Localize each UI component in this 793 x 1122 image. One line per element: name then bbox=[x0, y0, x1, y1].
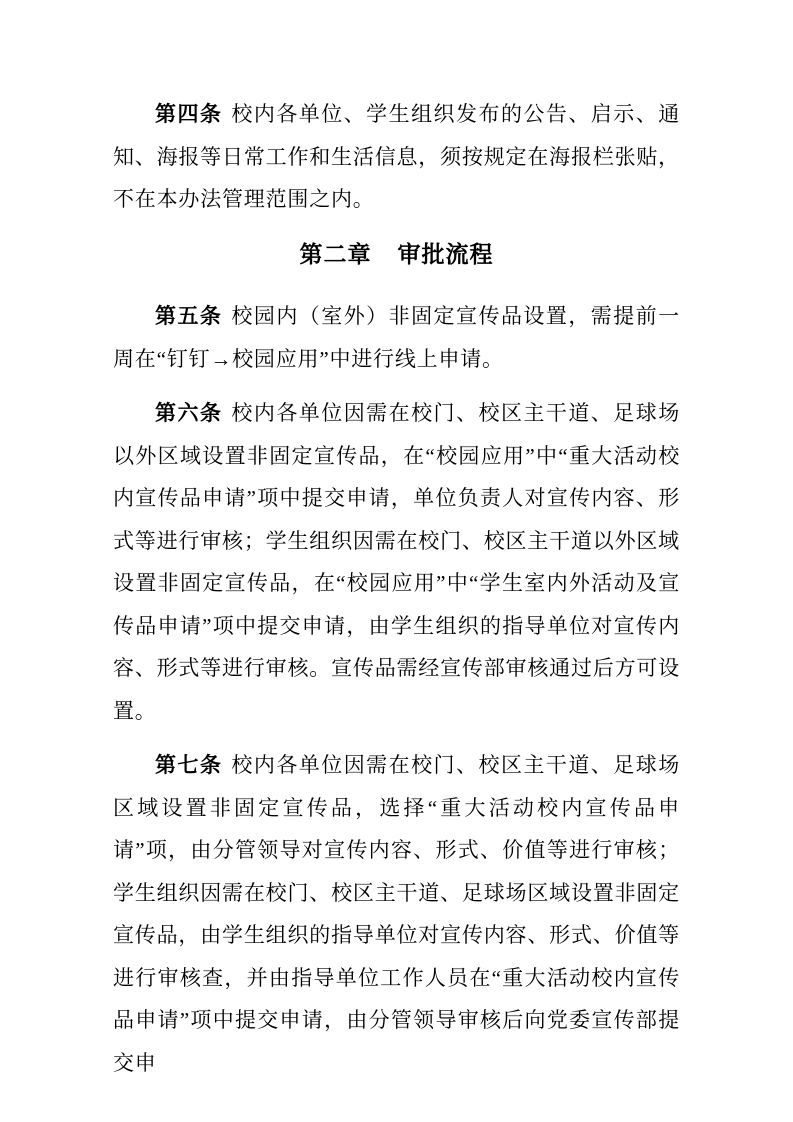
article-text: 校内各单位因需在校门、校区主干道、足球场以外区域设置非固定宣传品，在“校园应用”… bbox=[113, 401, 680, 723]
article-paragraph: 第七条校内各单位因需在校门、校区主干道、足球场区域设置非固定宣传品，选择“重大活… bbox=[113, 744, 680, 1084]
chapter-heading: 第二章审批流程 bbox=[113, 233, 680, 276]
chapter-title: 审批流程 bbox=[398, 241, 494, 267]
document-page: 第四条校内各单位、学生组织发布的公告、启示、通知、海报等日常工作和生活信息，须按… bbox=[0, 0, 793, 1122]
article-number-label: 第七条 bbox=[155, 753, 222, 777]
article-paragraph: 第五条校园内（室外）非固定宣传品设置，需提前一周在“钉钉→校园应用”中进行线上申… bbox=[113, 295, 680, 380]
article-number-label: 第四条 bbox=[155, 102, 222, 126]
article-paragraph: 第四条校内各单位、学生组织发布的公告、启示、通知、海报等日常工作和生活信息，须按… bbox=[113, 93, 680, 221]
chapter-number: 第二章 bbox=[300, 241, 372, 267]
article-text: 校内各单位因需在校门、校区主干道、足球场区域设置非固定宣传品，选择“重大活动校内… bbox=[113, 753, 680, 1075]
article-number-label: 第五条 bbox=[155, 304, 222, 328]
article-paragraph: 第六条校内各单位因需在校门、校区主干道、足球场以外区域设置非固定宣传品，在“校园… bbox=[113, 392, 680, 732]
article-number-label: 第六条 bbox=[155, 401, 222, 425]
